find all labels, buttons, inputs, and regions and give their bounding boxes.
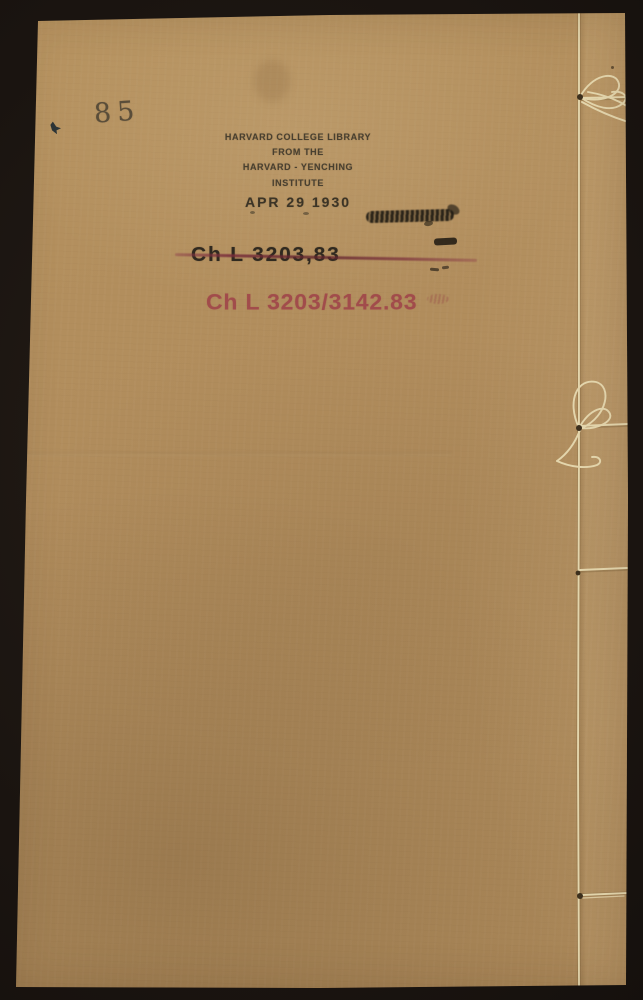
scanned-page: { "photo": { "background_color": "#1a141… (0, 0, 643, 1000)
ink-dot (303, 212, 309, 215)
photo-background: 85 HARVARD COLLEGE LIBRARY FROM THE HARV… (0, 0, 643, 1000)
ink-smudge (427, 294, 449, 304)
library-stamp: HARVARD COLLEGE LIBRARY FROM THE HARVARD… (182, 130, 414, 210)
ink-smudge (442, 266, 449, 270)
faded-ink-ghost (254, 60, 290, 102)
stamp-line-4: INSTITUTE (182, 176, 414, 191)
paper-crease (22, 452, 452, 456)
ink-dot (250, 211, 255, 214)
stamp-date: APR 29 1930 (182, 195, 414, 210)
call-number-new: Ch L 3203/3142.83 (206, 290, 417, 316)
ink-smudge (366, 209, 454, 223)
pencil-number: 85 (93, 95, 141, 129)
spine-strip (580, 13, 628, 986)
ink-speck (611, 66, 614, 69)
ink-fleck (49, 121, 62, 134)
stamp-line-1: HARVARD COLLEGE LIBRARY (182, 130, 414, 145)
book-cover: 85 HARVARD COLLEGE LIBRARY FROM THE HARV… (0, 0, 643, 1000)
ink-smudge (430, 268, 439, 272)
stamp-line-3: HARVARD - YENCHING (182, 160, 414, 175)
ink-smudge (434, 237, 457, 245)
stamp-line-2: FROM THE (182, 145, 414, 160)
ink-smudge (424, 220, 434, 226)
